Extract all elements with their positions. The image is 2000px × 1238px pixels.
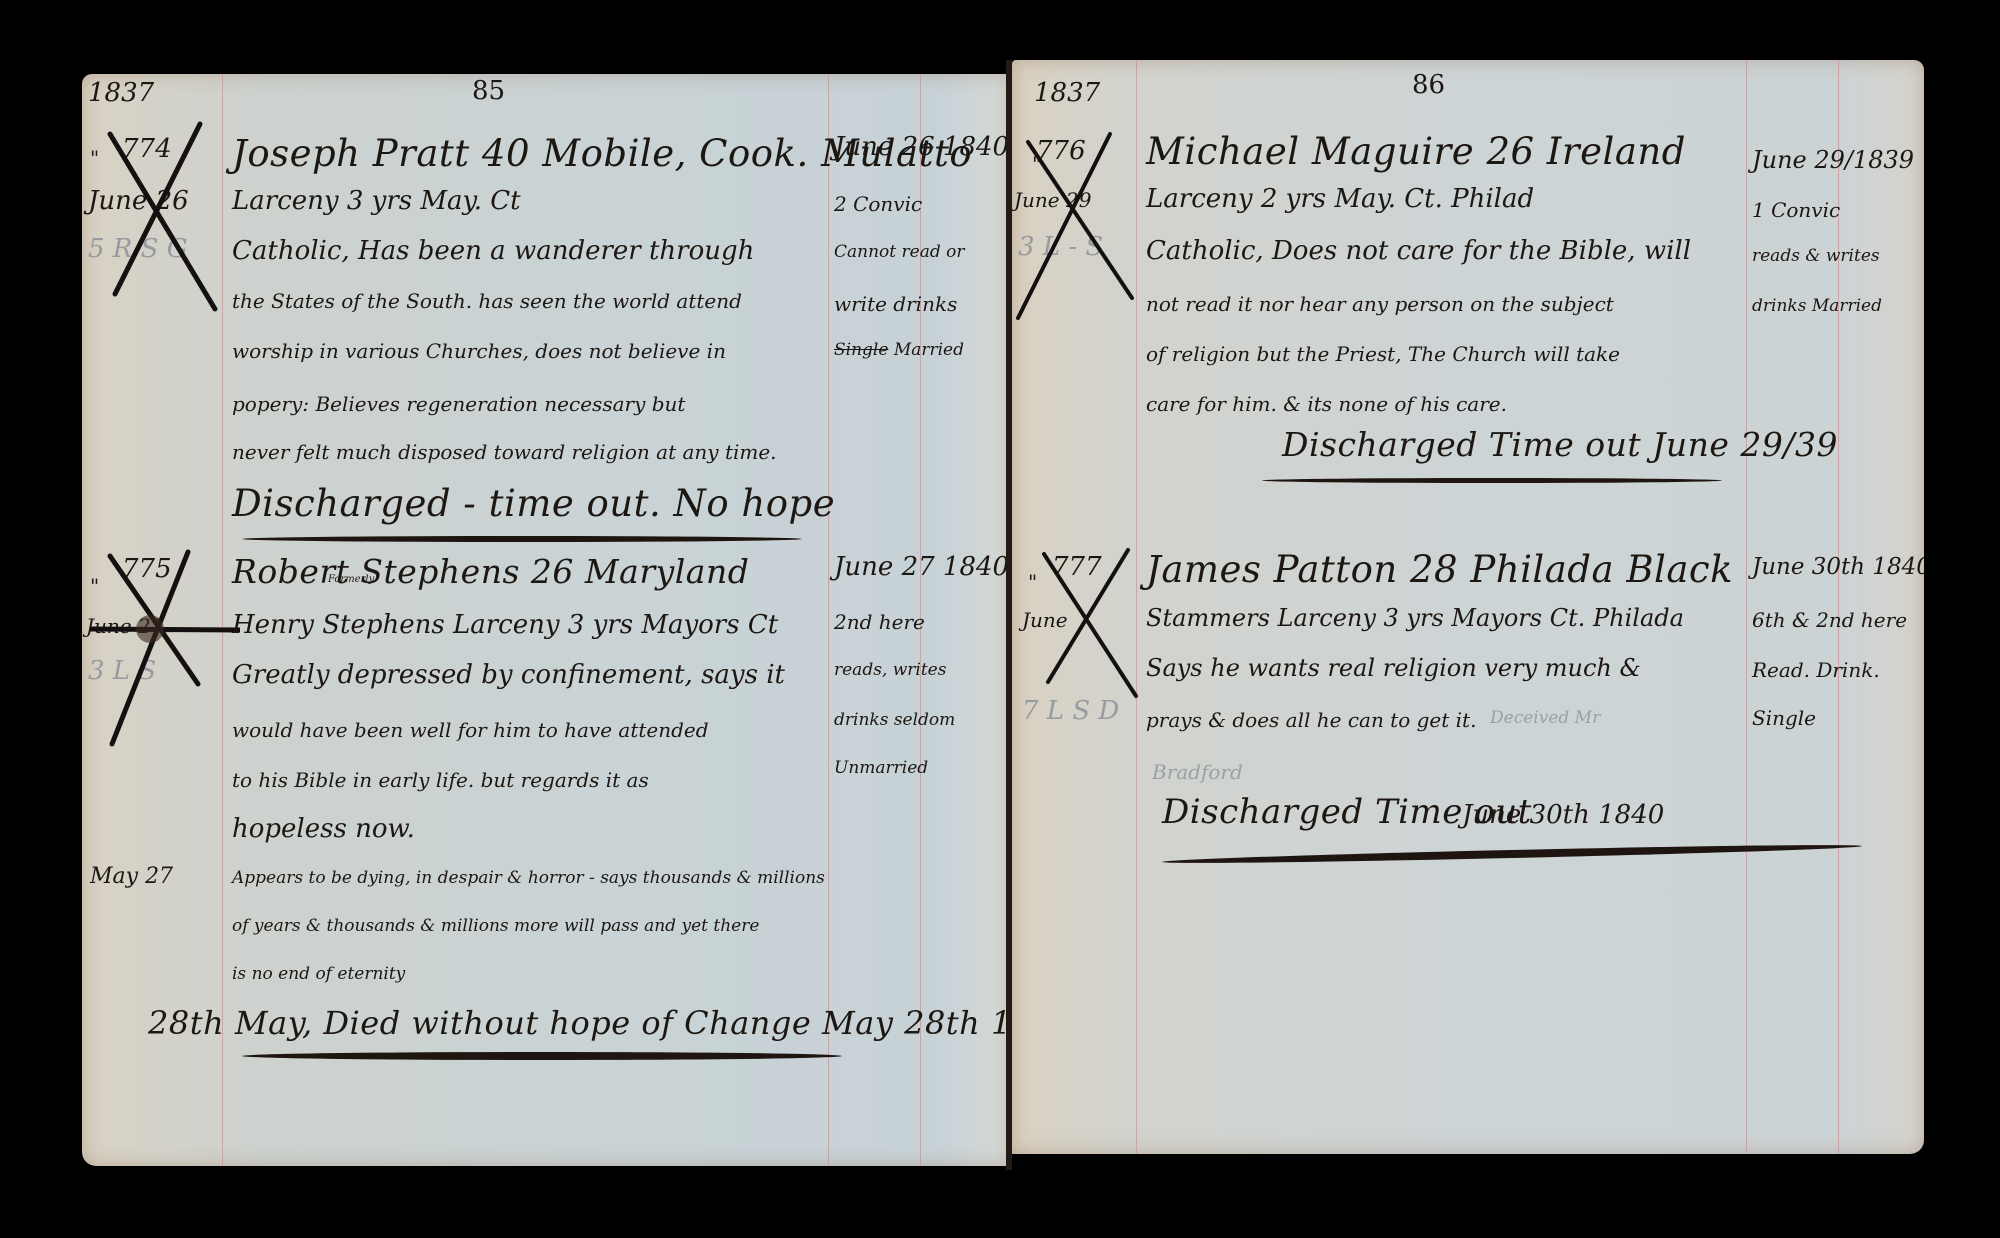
entry-line: Catholic, Does not care for the Bible, w…	[1146, 236, 1691, 266]
struck-status: Single	[834, 340, 888, 360]
entry-line: never felt much disposed toward religion…	[232, 440, 777, 464]
marital-status: Unmarried	[834, 758, 928, 778]
marital-status: Married	[894, 340, 964, 360]
side-date: June 26 1840	[834, 132, 1009, 162]
cross-out-mark	[90, 114, 230, 314]
side-note: reads & writes	[1752, 246, 1880, 266]
death-note: 28th May, Died without hope of Change Ma…	[148, 1004, 1010, 1042]
entry-line: Robert Stephens 26 Maryland	[232, 552, 749, 591]
followup-line: is no end of eternity	[232, 964, 405, 984]
ink-underline	[242, 1052, 842, 1060]
side-note: Read. Drink.	[1752, 658, 1880, 682]
side-date: June 30th 1840	[1752, 554, 1924, 580]
ink-underline	[1162, 842, 1862, 866]
column-rule	[828, 74, 829, 1166]
entry-line: Stammers Larceny 3 yrs Mayors Ct. Philad…	[1146, 604, 1684, 632]
entry-line: hopeless now.	[232, 814, 415, 844]
side-note: 6th & 2nd here	[1752, 608, 1907, 632]
discharge-note: Discharged Time out June 29/39	[1282, 425, 1838, 464]
column-rule	[1746, 60, 1747, 1154]
side-note: 2nd here	[834, 610, 925, 634]
ink-underline	[1262, 478, 1722, 483]
entry-line: care for him. & its none of his care.	[1146, 392, 1507, 416]
entry-line: Catholic, Has been a wanderer through	[232, 236, 754, 266]
discharge-note: Discharged - time out. No hope	[232, 482, 835, 525]
page-number: 86	[1412, 70, 1445, 100]
cross-out-mark	[90, 544, 240, 764]
pencil-aside: Bradford	[1152, 760, 1243, 784]
side-note: drinks seldom	[834, 710, 955, 730]
entry-line: Larceny 2 yrs May. Ct. Philad	[1146, 184, 1534, 214]
side-date: June 29/1839	[1752, 146, 1914, 174]
entry-line: popery: Believes regeneration necessary …	[232, 392, 685, 416]
page-number: 85	[472, 76, 505, 106]
side-status: Single Married	[834, 340, 964, 360]
cross-out-mark	[1014, 130, 1144, 320]
year-header: 1837	[1034, 78, 1100, 108]
side-date: June 27 1840	[834, 552, 1009, 582]
entry-line: Greatly depressed by confinement, says i…	[232, 660, 785, 690]
discharge-date: June 30th 1840	[1462, 800, 1664, 830]
side-note: 2 Convic	[834, 192, 922, 216]
side-note: Single	[1752, 706, 1816, 730]
side-note: Cannot read or	[834, 242, 964, 262]
ledger-page-right: 1837 86 776 " June 29 3 L - S Michael Ma…	[1012, 60, 1924, 1154]
followup-line: Appears to be dying, in despair & horror…	[232, 868, 825, 888]
entry-line: to his Bible in early life. but regards …	[232, 768, 649, 792]
entry-line: of religion but the Priest, The Church w…	[1146, 342, 1620, 366]
entry-line: the States of the South. has seen the wo…	[232, 289, 742, 313]
entry-line: Michael Maguire 26 Ireland	[1146, 130, 1686, 173]
year-header: 1837	[88, 78, 154, 108]
followup-date: May 27	[90, 864, 173, 889]
ink-underline	[242, 536, 802, 542]
entry-line: Henry Stephens Larceny 3 yrs Mayors Ct	[232, 610, 778, 640]
side-note: 1 Convic	[1752, 198, 1840, 222]
followup-line: of years & thousands & millions more wil…	[232, 916, 759, 936]
side-note: drinks Married	[1752, 296, 1882, 316]
entry-line: not read it nor hear any person on the s…	[1146, 292, 1614, 316]
column-rule	[1838, 60, 1839, 1154]
pencil-aside: Deceived Mr	[1490, 708, 1600, 728]
entry-line: Larceny 3 yrs May. Ct	[232, 186, 521, 216]
cross-out-mark	[1032, 546, 1142, 706]
entry-line: prays & does all he can to get it.	[1146, 708, 1476, 732]
entry-line: James Patton 28 Philada Black	[1146, 548, 1733, 591]
entry-line: Says he wants real religion very much &	[1146, 654, 1641, 682]
entry-line: would have been well for him to have att…	[232, 718, 709, 742]
entry-line: worship in various Churches, does not be…	[232, 339, 726, 363]
side-note: reads, writes	[834, 660, 946, 680]
side-note: write drinks	[834, 292, 957, 316]
ledger-page-left: 1837 85 774 " June 26 5 R S G Joseph Pra…	[82, 74, 1010, 1166]
